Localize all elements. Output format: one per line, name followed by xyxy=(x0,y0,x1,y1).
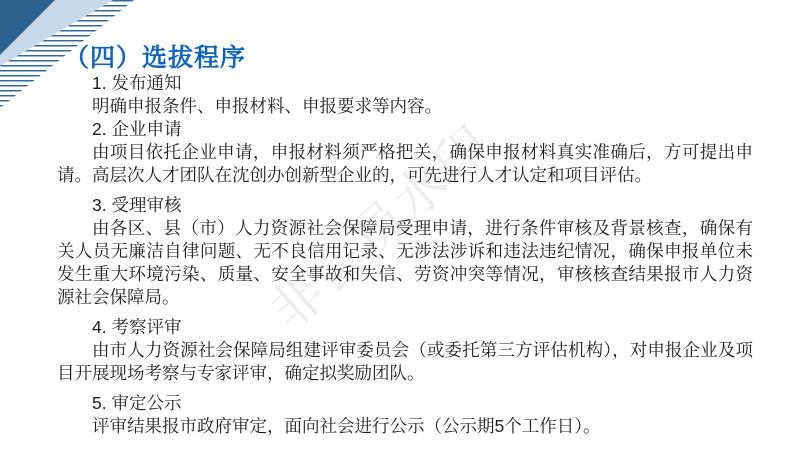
section-2-body: 由项目依托企业申请，申报材料须严格把关，确保申报材料真实准确后，方可提出申请。高… xyxy=(57,141,753,187)
slide: 非会员水印 （四）选拔程序 1. 发布通知 明确申报条件、申报材料、申报要求等内… xyxy=(0,0,800,450)
section-2-heading: 2. 企业申请 xyxy=(57,118,753,141)
section-4-body: 由市人力资源社会保障局组建评审委员会（或委托第三方评估机构），对申报企业及项目开… xyxy=(57,339,753,385)
section-5-body: 评审结果报市政府审定，面向社会进行公示（公示期5个工作日）。 xyxy=(57,415,753,438)
section-3-heading: 3. 受理审核 xyxy=(57,194,753,217)
section-3-body: 由各区、县（市）人力资源社会保障局受理申请，进行条件审核及背景核查，确保有关人员… xyxy=(57,217,753,309)
section-5-heading: 5. 审定公示 xyxy=(57,392,753,415)
section-1-body: 明确申报条件、申报材料、申报要求等内容。 xyxy=(57,95,753,118)
content-body: 1. 发布通知 明确申报条件、申报材料、申报要求等内容。 2. 企业申请 由项目… xyxy=(57,72,753,438)
section-1-heading: 1. 发布通知 xyxy=(57,72,753,95)
section-4-heading: 4. 考察评审 xyxy=(57,316,753,339)
page-title: （四）选拔程序 xyxy=(64,38,246,74)
